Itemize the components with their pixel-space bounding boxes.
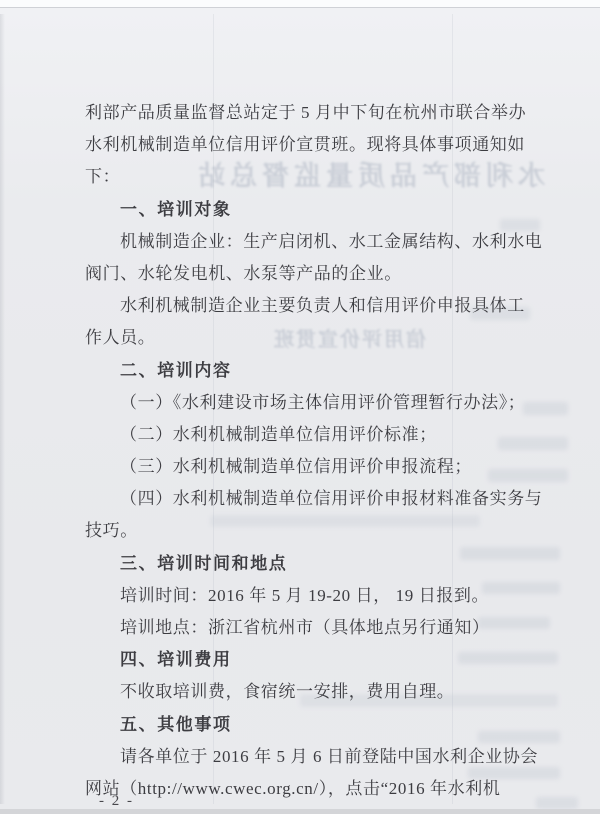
doc-line: 机械制造企业：生产启闭机、水工金属结构、水利水电 <box>85 226 545 258</box>
section-heading-training-content: 二、培训内容 <box>85 355 545 387</box>
doc-line-fees: 不收取培训费，食宿统一安排，费用自理。 <box>85 676 545 708</box>
doc-line-training-time: 培训时间：2016 年 5 月 19-20 日， 19 日报到。 <box>85 580 545 612</box>
scan-edge-bottom <box>0 809 600 814</box>
doc-line-item-4: （四）水利机械制造单位信用评价申报材料准备实务与 <box>85 483 545 515</box>
doc-line: 水利机械制造单位信用评价宣贯班。现将具体事项通知如 <box>85 129 545 161</box>
section-heading-training-target: 一、培训对象 <box>85 194 545 226</box>
section-heading-other: 五、其他事项 <box>85 709 545 741</box>
doc-line: 下： <box>85 161 545 193</box>
doc-line-website: 网站（http://www.cwec.org.cn/），点击“2016 年水利机 <box>85 773 545 805</box>
doc-line: 利部产品质量监督总站定于 5 月中下旬在杭州市联合举办 <box>85 97 545 129</box>
section-heading-fees: 四、培训费用 <box>85 644 545 676</box>
scanned-document: 水利部产品质量监督总站 信用评价宣贯班 利部产品质量监督总站定于 5 月中下旬在… <box>0 0 600 814</box>
doc-line-training-place: 培训地点：浙江省杭州市（具体地点另行通知） <box>85 612 545 644</box>
doc-line: 阀门、水轮发电机、水泵等产品的企业。 <box>85 258 545 290</box>
doc-line: 作人员。 <box>85 322 545 354</box>
doc-line-item-2: （二）水利机械制造单位信用评价标准； <box>85 419 545 451</box>
doc-line-item-3: （三）水利机械制造单位信用评价申报流程； <box>85 451 545 483</box>
doc-line-item-1: （一）《水利建设市场主体信用评价管理暂行办法》； <box>85 387 545 419</box>
page-left-shadow <box>0 14 5 804</box>
scan-edge-top <box>0 0 600 8</box>
doc-line: 技巧。 <box>85 515 545 547</box>
page-number: - 2 - <box>99 793 134 810</box>
doc-line: 请各单位于 2016 年 5 月 6 日前登陆中国水利企业协会 <box>85 741 545 773</box>
section-heading-time-place: 三、培训时间和地点 <box>85 548 545 580</box>
document-body: 利部产品质量监督总站定于 5 月中下旬在杭州市联合举办 水利机械制造单位信用评价… <box>85 97 545 805</box>
doc-line: 水利机械制造企业主要负责人和信用评价申报具体工 <box>85 290 545 322</box>
document-page: 水利部产品质量监督总站 信用评价宣贯班 利部产品质量监督总站定于 5 月中下旬在… <box>0 7 600 809</box>
